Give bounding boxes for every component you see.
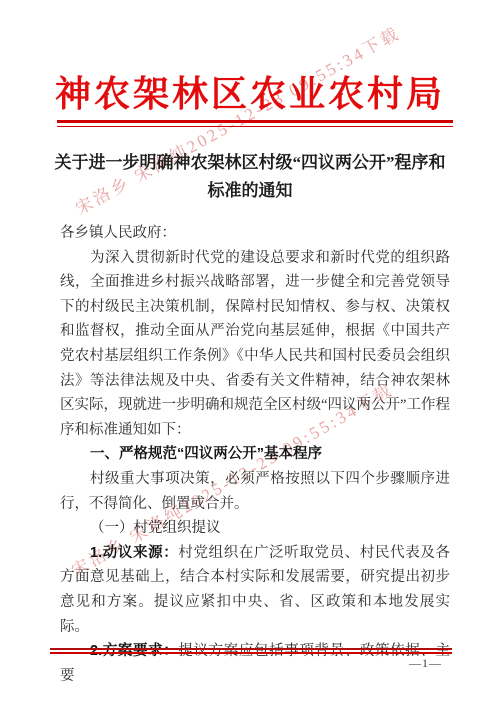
document-page: 宋洛乡 宋洛纯2025-12-23 09:55:34下载 宋洛乡 宋洛纯2025…: [0, 0, 500, 708]
list-item: 2.方案要求：提议方案应包括事项背景、政策依据、主要: [60, 639, 450, 688]
agency-letterhead: 神农架林区农业农村局: [40, 66, 460, 117]
section-1-heading: 一、严格规范“四议两公开”基本程序: [60, 442, 450, 467]
document-body: 各乡镇人民政府： 为深入贯彻新时代党的建设总要求和新时代党的组织路线，全面推进乡…: [60, 221, 450, 688]
section-1-intro: 村级重大事项决策，必须严格按照以下四个步骤顺序进行，不得简化、倒置或合并。: [60, 467, 450, 516]
document-title: 关于进一步明确神农架林区村级“四议两公开”程序和 标准的通知: [45, 149, 455, 205]
list-item: 1.动议来源：村党组织在广泛听取党员、村民代表及各方面意见基础上，结合本村实际和…: [60, 541, 450, 639]
letterhead-divider: [57, 120, 453, 127]
page-number: —1—: [409, 656, 442, 671]
item-1-label: 1.动议来源：: [90, 545, 178, 561]
salutation: 各乡镇人民政府：: [60, 221, 450, 246]
intro-paragraph: 为深入贯彻新时代党的建设总要求和新时代党的组织路线，全面推进乡村振兴战略部署，进…: [60, 246, 450, 443]
document-title-line-1: 关于进一步明确神农架林区村级“四议两公开”程序和: [45, 149, 455, 177]
subsection-1-heading: （一）村党组织提议: [60, 516, 450, 541]
footer-divider: [50, 648, 452, 654]
document-title-line-2: 标准的通知: [45, 177, 455, 205]
